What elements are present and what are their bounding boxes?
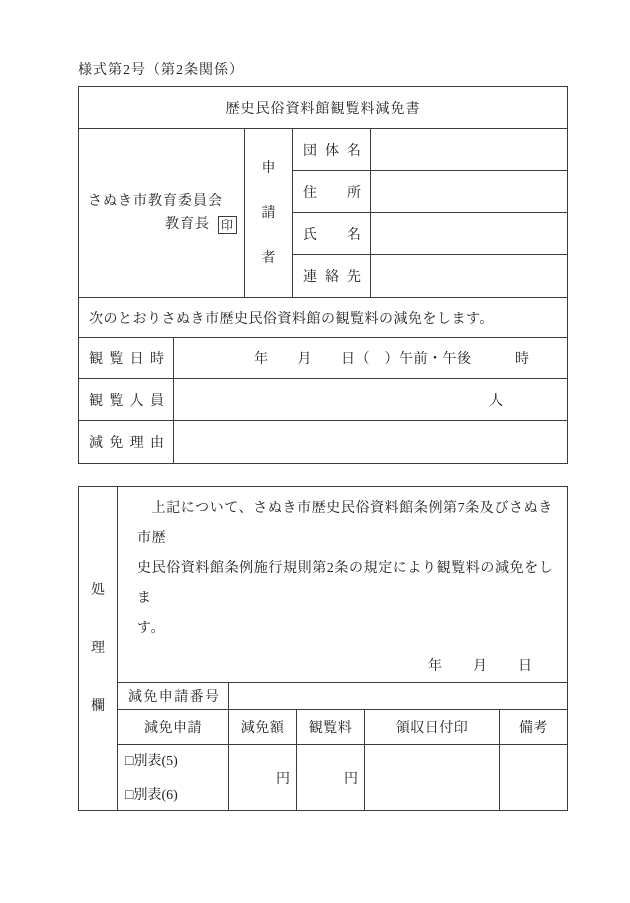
authority-role: 教育長 xyxy=(165,217,210,232)
authority-name: さぬき市教育委員会 xyxy=(79,190,244,213)
form-number-label: 様式第2号（第2条関係） xyxy=(78,59,244,79)
authority-role-line: 教育長印 xyxy=(79,213,244,236)
field-value-name xyxy=(371,213,568,255)
applicant-header: 申 請 者 xyxy=(245,129,293,298)
row-label-visitor-count: 観覧人員 xyxy=(79,379,174,421)
header-exemption-amount: 減免額 xyxy=(229,710,297,745)
application-table: 歴史民俗資料館観覧料減免書 さぬき市教育委員会 教育長印 申 請 者 団体名 住… xyxy=(78,86,568,464)
processing-table: 処 理 欄 上記について、さぬき市歴史民俗資料館条例第7条及びさぬき市歴 史民俗… xyxy=(78,486,568,811)
field-label-contact: 連絡先 xyxy=(293,255,371,298)
field-label-name: 氏名 xyxy=(293,213,371,255)
processing-column-header: 処 理 欄 xyxy=(79,487,118,811)
exemption-amount-unit: 円 xyxy=(229,745,297,811)
decision-date-line: 年 月 日 xyxy=(137,652,557,682)
checkbox-appendix-5: □別表(5) xyxy=(125,750,224,770)
decision-line-1: 上記について、さぬき市歴史民俗資料館条例第7条及びさぬき市歴 xyxy=(137,494,557,554)
statement-text: 次のとおりさぬき市歴史民俗資料館の観覧料の減免をします。 xyxy=(79,298,568,338)
header-admission-fee: 観覧料 xyxy=(297,710,365,745)
field-value-contact xyxy=(371,255,568,298)
remarks-cell xyxy=(500,745,568,811)
field-label-address: 住所 xyxy=(293,171,371,213)
decision-line-3: す。 xyxy=(137,614,557,644)
field-value-organization xyxy=(371,129,568,171)
seal-mark: 印 xyxy=(218,216,237,234)
row-label-exemption-reason: 減免理由 xyxy=(79,421,174,464)
field-label-organization: 団体名 xyxy=(293,129,371,171)
form-page: 様式第2号（第2条関係） 歴史民俗資料館観覧料減免書 さぬき市教育委員会 教育長… xyxy=(0,0,630,903)
form-title: 歴史民俗資料館観覧料減免書 xyxy=(79,87,568,129)
field-value-address xyxy=(371,171,568,213)
application-number-value xyxy=(229,683,568,710)
application-number-label: 減免申請番号 xyxy=(118,683,229,710)
checkbox-appendix-6: □別表(6) xyxy=(125,784,224,804)
exemption-application-checkboxes: □別表(5) □別表(6) xyxy=(118,745,229,811)
decision-line-2: 史民俗資料館条例施行規則第2条の規定により観覧料の減免をしま xyxy=(137,554,557,614)
admission-fee-unit: 円 xyxy=(297,745,365,811)
header-exemption-application: 減免申請 xyxy=(118,710,229,745)
authority-cell: さぬき市教育委員会 教育長印 xyxy=(79,129,245,298)
row-label-visit-datetime: 観覧日時 xyxy=(79,338,174,379)
decision-text-cell: 上記について、さぬき市歴史民俗資料館条例第7条及びさぬき市歴 史民俗資料館条例施… xyxy=(118,487,568,683)
header-remarks: 備考 xyxy=(500,710,568,745)
receipt-date-stamp-cell xyxy=(365,745,500,811)
row-value-visitor-count: 人 xyxy=(174,379,568,421)
header-receipt-date-stamp: 領収日付印 xyxy=(365,710,500,745)
row-value-visit-datetime: 年 月 日（ ）午前・午後 時 xyxy=(174,338,568,379)
row-value-exemption-reason xyxy=(174,421,568,464)
